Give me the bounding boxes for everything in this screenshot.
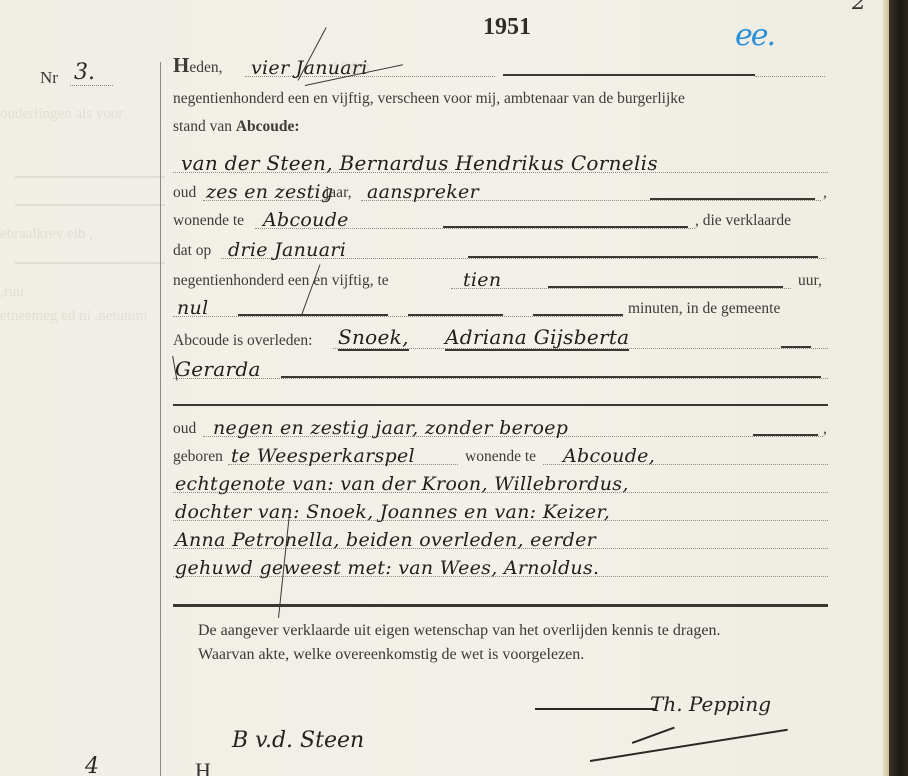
form-line-informant-age-occupation: oud zes en zestig jaar, aanspreker , xyxy=(173,180,828,206)
bleed-through-line xyxy=(15,204,165,206)
printed-text: negentienhonderd een en vijftig, versche… xyxy=(173,90,685,108)
end-of-record-rule xyxy=(173,604,828,607)
closing-statement-1: De aangever verklaarde uit eigen wetensc… xyxy=(198,622,720,640)
registrar-signature: Th. Pepping xyxy=(650,692,771,716)
heden-label: Heden, xyxy=(173,53,222,78)
deceased-age-occupation: negen en zestig jaar, zonder beroep xyxy=(213,417,568,439)
printed-text: stand van xyxy=(173,118,232,135)
previous-marriage-text: gehuwd geweest met: van Wees, Arnoldus. xyxy=(175,557,599,579)
printed-text: minuten, in de gemeente xyxy=(628,300,780,318)
form-line-date-of-death: dat op drie Januari xyxy=(173,238,828,264)
parents-text: dochter van: Snoek, Joannes en van: Keiz… xyxy=(175,501,610,523)
signature-flourish xyxy=(590,729,788,762)
form-line-deceased-age-occupation: oud negen en zestig jaar, zonder beroep … xyxy=(173,416,828,442)
form-line-deceased-continued: Gerarda xyxy=(173,354,828,384)
printed-text: jaar, xyxy=(325,184,351,202)
informant-name: van der Steen, Bernardus Hendrikus Corne… xyxy=(181,151,658,175)
printed-text: geboren xyxy=(173,448,223,466)
printed-text: , die verklaarde xyxy=(695,212,791,230)
form-line-informant: van der Steen, Bernardus Hendrikus Corne… xyxy=(173,146,828,178)
closing-statement-2: Waarvan akte, welke overeenkomstig de we… xyxy=(198,646,584,664)
municipality-name: Abcoude: xyxy=(236,118,300,135)
informant-occupation: aanspreker xyxy=(367,181,479,203)
death-date: drie Januari xyxy=(228,239,346,261)
form-line-spouse: echtgenote van: van der Kroon, Willebror… xyxy=(173,472,828,498)
printed-text: Abcoude is overleden: xyxy=(173,332,312,350)
spouse-text: echtgenote van: van der Kroon, Willebror… xyxy=(175,473,629,495)
signature-flourish xyxy=(535,708,655,710)
deceased-residence: Abcoude, xyxy=(563,445,655,467)
printed-text: negentienhonderd een en vijftig, te xyxy=(173,272,389,290)
informant-age: zes en zestig xyxy=(206,181,333,203)
margin-divider xyxy=(160,62,161,776)
informant-signature: B v.d. Steen xyxy=(232,728,364,753)
bleed-through-text: ebraalkrev eib , xyxy=(0,226,93,243)
printed-text: dat op xyxy=(173,242,211,260)
form-line-informant-residence: wonende te Abcoude , die verklaarde xyxy=(173,208,828,234)
page-number: 2 xyxy=(852,0,866,15)
document-page: ouderlingen als voor ebraalkrev eib , ,r… xyxy=(0,0,888,776)
form-line-municipality: stand van Abcoude: xyxy=(173,114,828,140)
printed-text: oud xyxy=(173,420,196,438)
death-hour: tien xyxy=(463,269,501,291)
record-year: 1951 xyxy=(483,14,531,41)
form-line-minutes-of-death: nul minuten, in de gemeente xyxy=(173,296,828,322)
deceased-given-names: Adriana Gijsberta xyxy=(445,325,629,351)
book-binding xyxy=(889,0,908,776)
form-line-hour-of-death: negentienhonderd een en vijftig, te tien… xyxy=(173,268,828,294)
form-line-mother-status: Anna Petronella, beiden overleden, eerde… xyxy=(173,528,828,554)
bleed-through-text: ouderlingen als voor xyxy=(0,106,123,123)
record-number: 3. xyxy=(70,60,113,86)
deceased-birthplace: te Weesperkarspel xyxy=(231,445,415,467)
deceased-surname: Snoek, xyxy=(338,325,409,351)
bleed-through-line xyxy=(15,176,165,178)
bleed-through-text: etneemeg ed ni ,netunim xyxy=(0,308,147,325)
blue-pencil-annotation: ee. xyxy=(735,18,774,53)
printed-text: wonende te xyxy=(173,212,244,230)
signature-flourish xyxy=(632,727,675,744)
next-record-heading: H xyxy=(195,758,211,776)
form-line-date-of-declaration: Heden, vier Januari xyxy=(173,56,828,82)
deceased-given-names-continued: Gerarda xyxy=(175,357,261,381)
record-number-label: Nr xyxy=(40,68,58,88)
death-minutes: nul xyxy=(177,297,208,319)
mother-status-text: Anna Petronella, beiden overleden, eerde… xyxy=(175,529,596,551)
form-line-previous-marriage: gehuwd geweest met: van Wees, Arnoldus. xyxy=(173,556,828,582)
printed-text: uur, xyxy=(798,272,822,290)
form-line-deceased: Abcoude is overleden: Snoek, Adriana Gij… xyxy=(173,324,828,354)
bleed-through-text: ,ruu xyxy=(0,284,24,301)
printed-text: wonende te xyxy=(465,448,536,466)
form-line-parents: dochter van: Snoek, Joannes en van: Keiz… xyxy=(173,500,828,526)
next-record-number: 4 xyxy=(85,754,99,776)
form-line-year-registrar: negentienhonderd een en vijftig, versche… xyxy=(173,86,828,112)
bleed-through-line xyxy=(15,262,165,264)
informant-residence: Abcoude xyxy=(263,209,349,231)
form-line-birthplace-residence: geboren te Weesperkarspel wonende te Abc… xyxy=(173,444,828,470)
printed-text: oud xyxy=(173,184,196,202)
strike-through-line xyxy=(173,404,828,406)
